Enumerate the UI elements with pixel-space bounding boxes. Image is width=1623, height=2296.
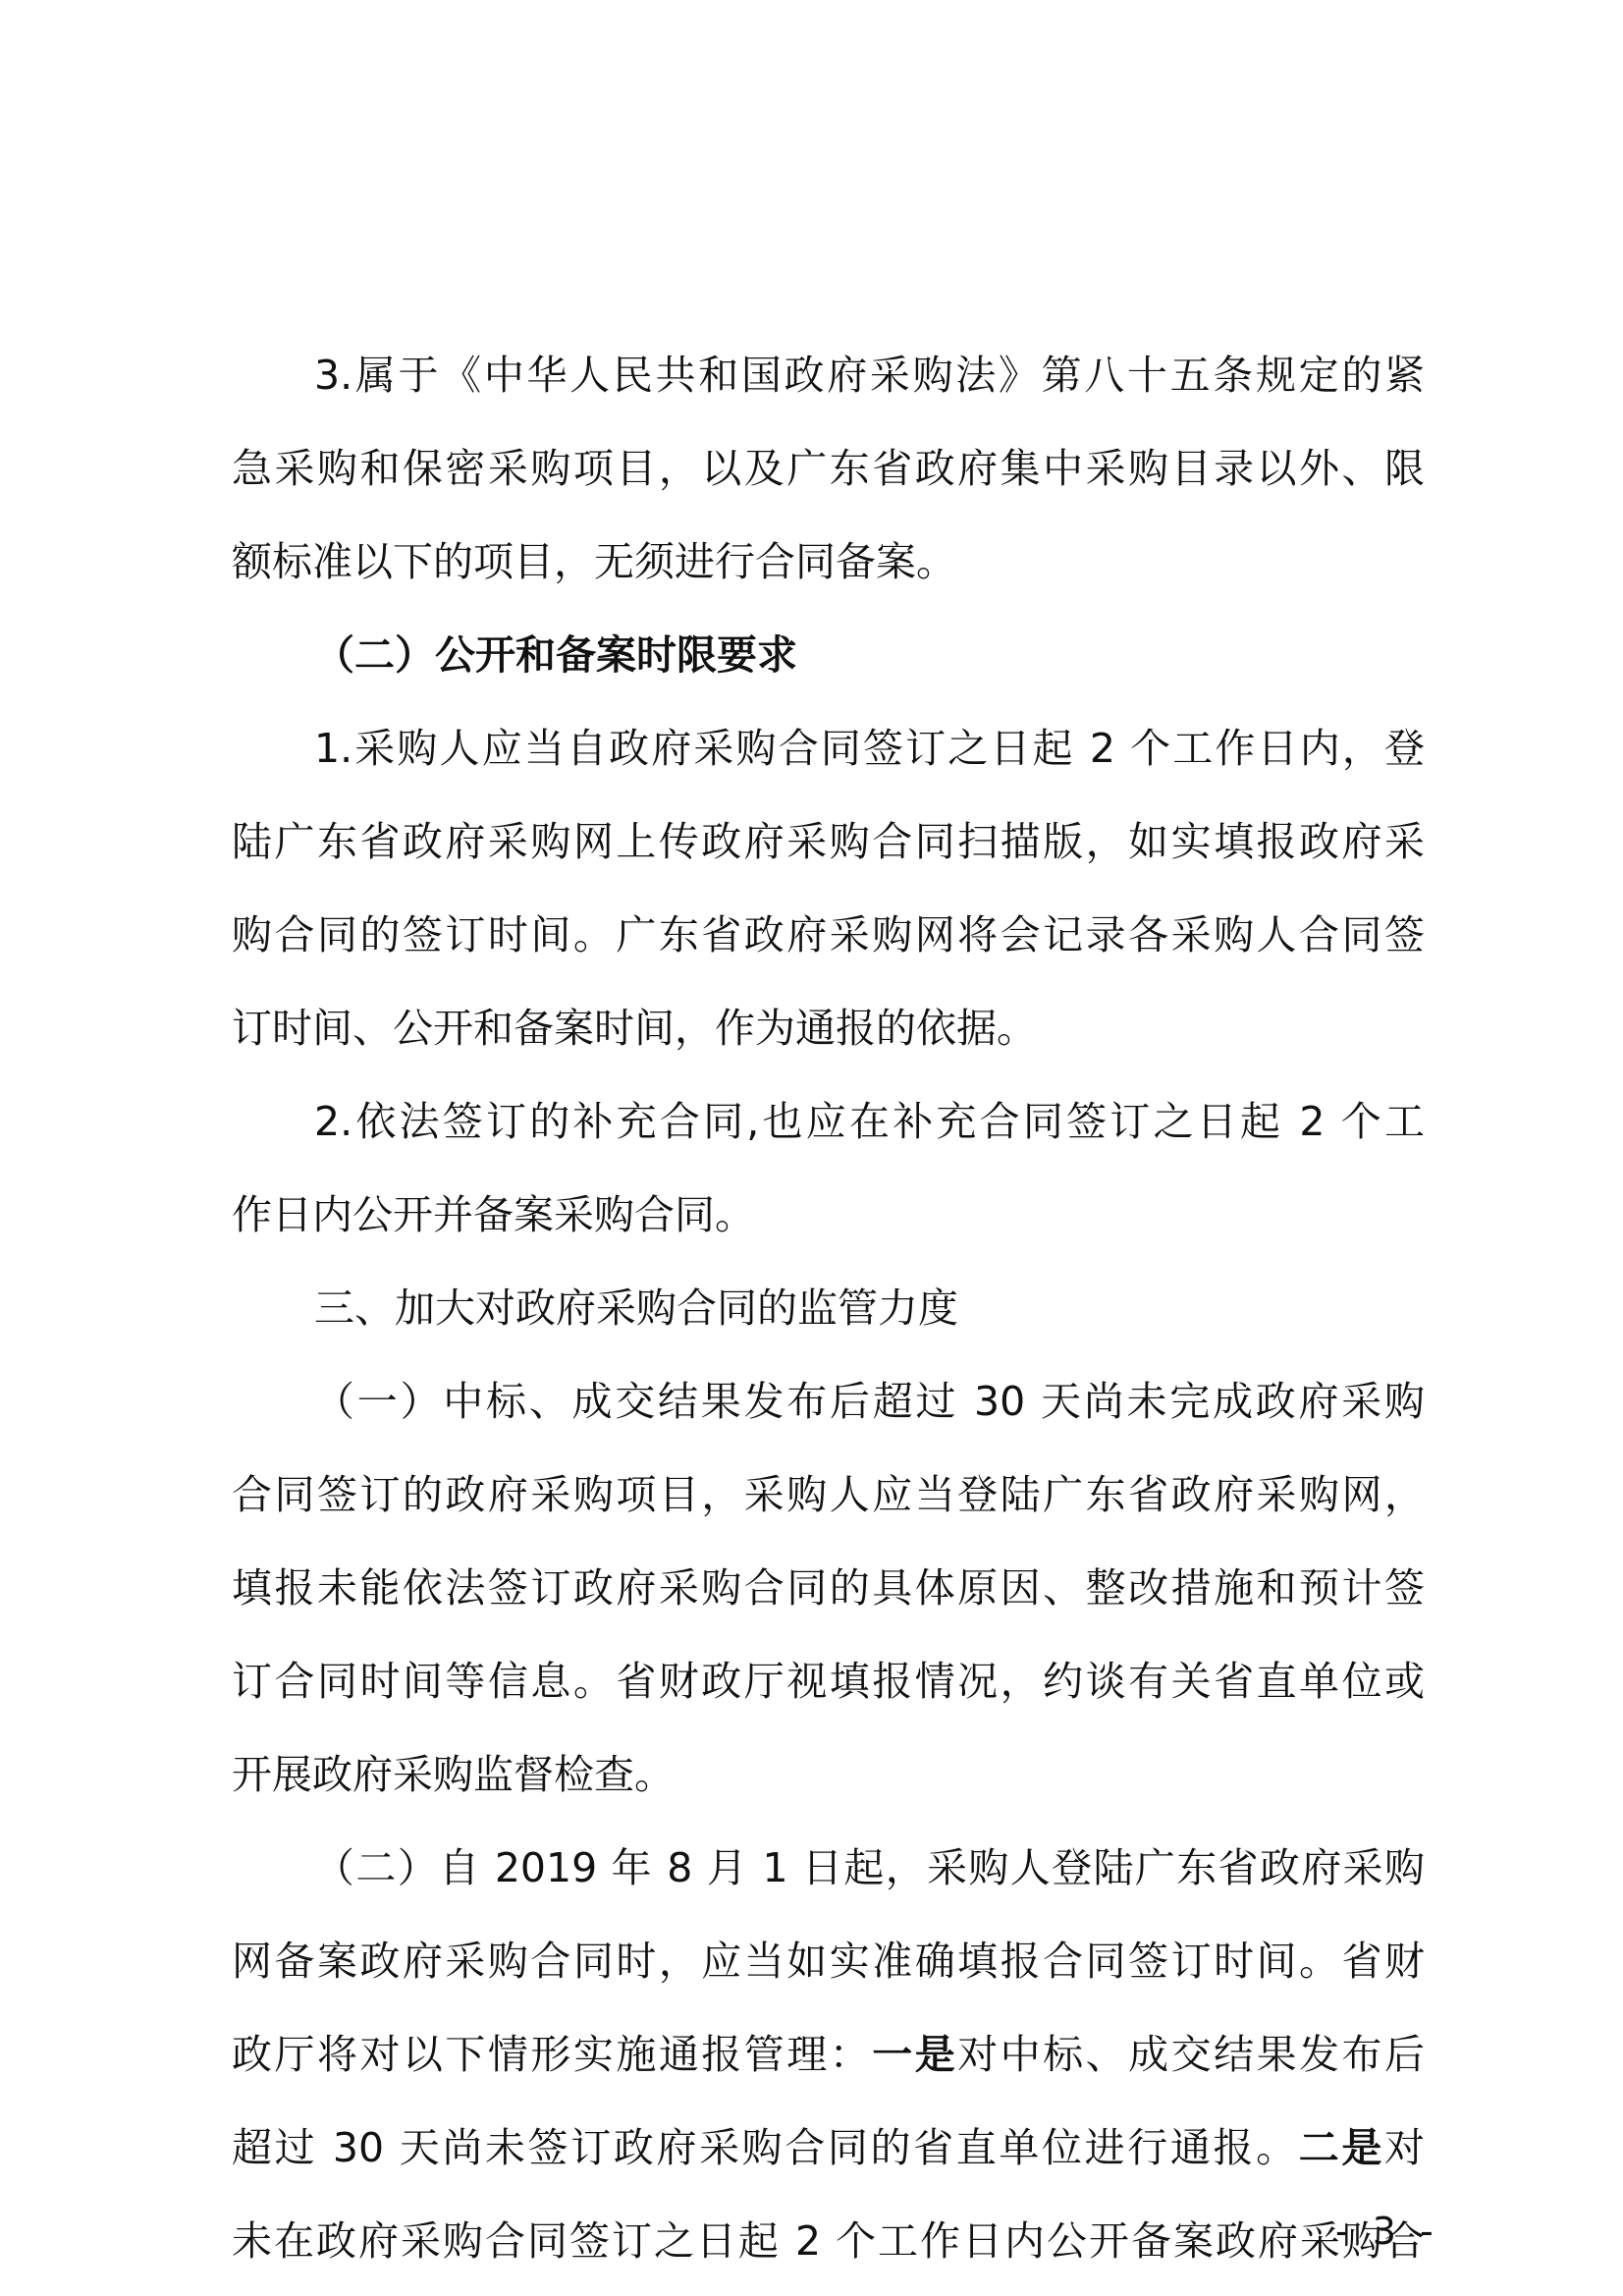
line-segment: 对中标、成交结果发布后 xyxy=(957,2031,1425,2078)
line-segment: 超过 30 天尚未签订政府采购合同的省直单位进行通报。 xyxy=(232,2124,1299,2171)
paragraph-line: 网备案政府采购合同时，应当如实准确填报合同签订时间。省财 xyxy=(232,1915,1425,2008)
paragraph-line: 额标准以下的项目，无须进行合同备案。 xyxy=(232,516,1425,609)
paragraph-line: 3.属于《中华人民共和国政府采购法》第八十五条规定的紧 xyxy=(232,329,1425,422)
paragraph-line: 超过 30 天尚未签订政府采购合同的省直单位进行通报。二是对 xyxy=(232,2102,1425,2195)
paragraph-line: 订合同时间等信息。省财政厅视填报情况，约谈有关省直单位或 xyxy=(232,1635,1425,1728)
paragraph-line: 急采购和保密采购项目，以及广东省政府集中采购目录以外、限 xyxy=(232,422,1425,516)
paragraph-line: 陆广东省政府采购网上传政府采购合同扫描版，如实填报政府采 xyxy=(232,795,1425,889)
paragraph-line: 1.采购人应当自政府采购合同签订之日起 2 个工作日内，登 xyxy=(232,702,1425,795)
page-number: - 3 - xyxy=(1335,2210,1439,2253)
line-segment: 对 xyxy=(1384,2124,1425,2171)
paragraph-line: 作日内公开并备案采购合同。 xyxy=(232,1169,1425,1262)
paragraph-line: 合同签订的政府采购项目，采购人应当登陆广东省政府采购网， xyxy=(232,1449,1425,1542)
paragraph-line: （二）自 2019 年 8 月 1 日起，采购人登陆广东省政府采购 xyxy=(232,1822,1425,1915)
emphasis-second: 二是 xyxy=(1299,2124,1384,2171)
emphasis-first: 一是 xyxy=(872,2031,957,2078)
paragraph-line: 开展政府采购监督检查。 xyxy=(232,1728,1425,1822)
paragraph-line: 购合同的签订时间。广东省政府采购网将会记录各采购人合同签 xyxy=(232,889,1425,982)
paragraph-line: 2.依法签订的补充合同,也应在补充合同签订之日起 2 个工 xyxy=(232,1075,1425,1169)
document-page: 3.属于《中华人民共和国政府采购法》第八十五条规定的紧 急采购和保密采购项目，以… xyxy=(0,0,1623,2296)
body-text: 3.属于《中华人民共和国政府采购法》第八十五条规定的紧 急采购和保密采购项目，以… xyxy=(232,329,1425,2288)
paragraph-line: 填报未能依法签订政府采购合同的具体原因、整改措施和预计签 xyxy=(232,1542,1425,1635)
section-heading: 三、加大对政府采购合同的监管力度 xyxy=(232,1262,1425,1355)
line-segment: 政厅将对以下情形实施通报管理： xyxy=(232,2031,872,2078)
paragraph-line: 订时间、公开和备案时间，作为通报的依据。 xyxy=(232,982,1425,1075)
paragraph-line: 政厅将对以下情形实施通报管理：一是对中标、成交结果发布后 xyxy=(232,2008,1425,2102)
paragraph-line: （一）中标、成交结果发布后超过 30 天尚未完成政府采购 xyxy=(232,1355,1425,1449)
subsection-heading: （二）公开和备案时限要求 xyxy=(232,609,1425,702)
paragraph-line: 未在政府采购合同签订之日起 2 个工作日内公开备案政府采购合 xyxy=(232,2195,1425,2288)
